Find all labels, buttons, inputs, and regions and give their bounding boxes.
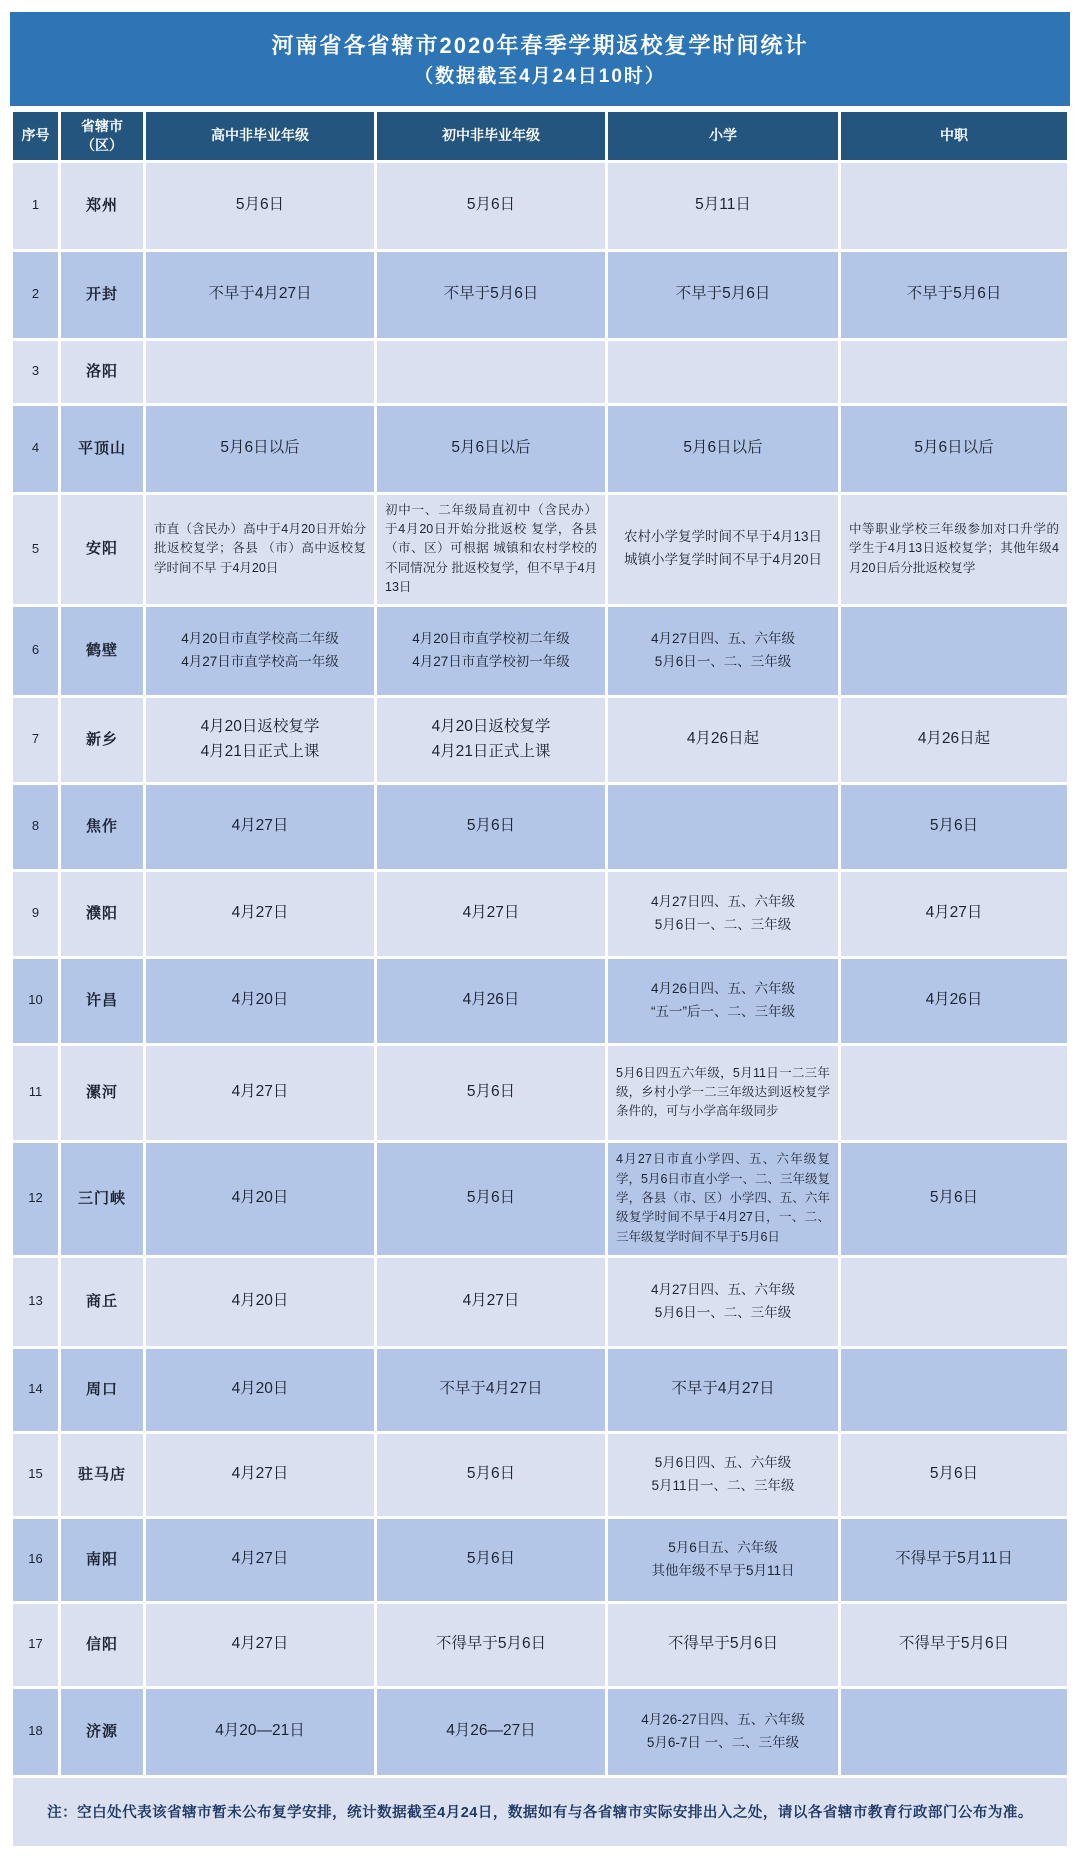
cell-highschool: 4月20日返校复学 4月21日正式上课 xyxy=(146,698,374,782)
cell-highschool: 4月20日市直学校高二年级 4月27日市直学校高一年级 xyxy=(146,607,374,695)
cell-index: 12 xyxy=(13,1143,58,1255)
table-row: 5安阳市直（含民办）高中于4月20日开始分批返校复学；各县 （市）高中返校复学时… xyxy=(13,495,1067,604)
table-title-bar: 河南省各省辖市2020年春季学期返校复学时间统计 （数据截至4月24日10时） xyxy=(10,12,1070,106)
cell-index: 5 xyxy=(13,495,58,604)
cell-index: 15 xyxy=(13,1434,58,1516)
cell-vocational xyxy=(841,163,1067,249)
cell-highschool: 4月27日 xyxy=(146,785,374,869)
cell-index: 11 xyxy=(13,1046,58,1140)
cell-vocational: 4月26日起 xyxy=(841,698,1067,782)
column-header-city: 省辖市 （区） xyxy=(61,112,143,160)
cell-vocational xyxy=(841,1689,1067,1775)
table-row: 7新乡4月20日返校复学 4月21日正式上课4月20日返校复学 4月21日正式上… xyxy=(13,698,1067,782)
table-row: 17信阳4月27日不得早于5月6日不得早于5月6日不得早于5月6日 xyxy=(13,1604,1067,1686)
cell-middleschool: 5月6日以后 xyxy=(377,406,605,492)
cell-city: 驻马店 xyxy=(61,1434,143,1516)
cell-middleschool: 5月6日 xyxy=(377,163,605,249)
table-row: 11漯河4月27日5月6日5月6日四五六年级，5月11日一二三年级，乡村小学一二… xyxy=(13,1046,1067,1140)
cell-city: 商丘 xyxy=(61,1258,143,1346)
cell-primaryschool: 不得早于5月6日 xyxy=(608,1604,838,1686)
cell-highschool: 5月6日以后 xyxy=(146,406,374,492)
cell-city: 周口 xyxy=(61,1349,143,1431)
cell-index: 17 xyxy=(13,1604,58,1686)
table-row: 14周口4月20日不早于4月27日不早于4月27日 xyxy=(13,1349,1067,1431)
cell-vocational: 5月6日 xyxy=(841,1434,1067,1516)
cell-primaryschool: 4月26日四、五、六年级 “五一”后一、二、三年级 xyxy=(608,959,838,1043)
cell-primaryschool: 5月6日四五六年级，5月11日一二三年级，乡村小学一二三年级达到返校复学条件的，… xyxy=(608,1046,838,1140)
table-row: 9濮阳4月27日4月27日4月27日四、五、六年级 5月6日一、二、三年级4月2… xyxy=(13,872,1067,956)
column-header-middleschool: 初中非毕业年级 xyxy=(377,112,605,160)
table-row: 18济源4月20—21日4月26—27日4月26-27日四、五、六年级 5月6-… xyxy=(13,1689,1067,1775)
cell-vocational xyxy=(841,1258,1067,1346)
cell-primaryschool: 5月6日以后 xyxy=(608,406,838,492)
table-body: 1郑州5月6日5月6日5月11日2开封不早于4月27日不早于5月6日不早于5月6… xyxy=(13,163,1067,1775)
table-row: 16南阳4月27日5月6日5月6日五、六年级 其他年级不早于5月11日不得早于5… xyxy=(13,1519,1067,1601)
cell-vocational xyxy=(841,341,1067,403)
cell-highschool: 市直（含民办）高中于4月20日开始分批返校复学；各县 （市）高中返校复学时间不早… xyxy=(146,495,374,604)
cell-middleschool: 4月26日 xyxy=(377,959,605,1043)
table-footer: 注：空白处代表该省辖市暂未公布复学安排，统计数据截至4月24日，数据如有与各省辖… xyxy=(13,1778,1067,1846)
cell-index: 6 xyxy=(13,607,58,695)
cell-vocational: 4月26日 xyxy=(841,959,1067,1043)
cell-primaryschool: 4月27日四、五、六年级 5月6日一、二、三年级 xyxy=(608,607,838,695)
cell-middleschool: 4月27日 xyxy=(377,1258,605,1346)
table-row: 4平顶山5月6日以后5月6日以后5月6日以后5月6日以后 xyxy=(13,406,1067,492)
cell-vocational xyxy=(841,607,1067,695)
cell-primaryschool: 4月27日市直小学四、五、六年级复学，5月6日市直小学一、二、三年级复学，各县（… xyxy=(608,1143,838,1255)
cell-index: 4 xyxy=(13,406,58,492)
cell-middleschool: 初中一、二年级局直初中（含民办）于4月20日开始分批返校 复学，各县（市、区）可… xyxy=(377,495,605,604)
table-row: 15驻马店4月27日5月6日5月6日四、五、六年级 5月11日一、二、三年级5月… xyxy=(13,1434,1067,1516)
cell-middleschool: 4月27日 xyxy=(377,872,605,956)
cell-highschool: 4月20—21日 xyxy=(146,1689,374,1775)
cell-highschool: 4月20日 xyxy=(146,1349,374,1431)
column-header-index: 序号 xyxy=(13,112,58,160)
cell-index: 8 xyxy=(13,785,58,869)
cell-primaryschool xyxy=(608,341,838,403)
table-row: 12三门峡4月20日5月6日4月27日市直小学四、五、六年级复学，5月6日市直小… xyxy=(13,1143,1067,1255)
cell-vocational: 中等职业学校三年级参加对口升学的学生于4月13日返校复学；其他年级4月20日后分… xyxy=(841,495,1067,604)
cell-highschool xyxy=(146,341,374,403)
cell-city: 三门峡 xyxy=(61,1143,143,1255)
footnote: 注：空白处代表该省辖市暂未公布复学安排，统计数据截至4月24日，数据如有与各省辖… xyxy=(13,1778,1067,1846)
cell-middleschool: 不早于4月27日 xyxy=(377,1349,605,1431)
cell-vocational: 5月6日 xyxy=(841,1143,1067,1255)
cell-vocational: 不早于5月6日 xyxy=(841,252,1067,338)
cell-city: 漯河 xyxy=(61,1046,143,1140)
cell-city: 许昌 xyxy=(61,959,143,1043)
cell-city: 鹤壁 xyxy=(61,607,143,695)
table-row: 10许昌4月20日4月26日4月26日四、五、六年级 “五一”后一、二、三年级4… xyxy=(13,959,1067,1043)
cell-middleschool: 4月20日市直学校初二年级 4月27日市直学校初一年级 xyxy=(377,607,605,695)
cell-primaryschool: 农村小学复学时间不早于4月13日 城镇小学复学时间不早于4月20日 xyxy=(608,495,838,604)
cell-vocational: 5月6日 xyxy=(841,785,1067,869)
cell-highschool: 4月20日 xyxy=(146,959,374,1043)
cell-primaryschool: 5月11日 xyxy=(608,163,838,249)
table-header: 序号 省辖市 （区） 高中非毕业年级 初中非毕业年级 小学 中职 xyxy=(13,112,1067,160)
cell-city: 济源 xyxy=(61,1689,143,1775)
cell-middleschool xyxy=(377,341,605,403)
return-to-school-statistics-page: 河南省各省辖市2020年春季学期返校复学时间统计 （数据截至4月24日10时） … xyxy=(0,0,1080,1859)
note-row: 注：空白处代表该省辖市暂未公布复学安排，统计数据截至4月24日，数据如有与各省辖… xyxy=(13,1778,1067,1846)
cell-highschool: 4月27日 xyxy=(146,1519,374,1601)
cell-index: 18 xyxy=(13,1689,58,1775)
page-subtitle: （数据截至4月24日10时） xyxy=(50,63,1030,92)
cell-middleschool: 不早于5月6日 xyxy=(377,252,605,338)
cell-index: 13 xyxy=(13,1258,58,1346)
cell-highschool: 4月20日 xyxy=(146,1143,374,1255)
cell-city: 安阳 xyxy=(61,495,143,604)
cell-index: 7 xyxy=(13,698,58,782)
cell-city: 郑州 xyxy=(61,163,143,249)
cell-middleschool: 不得早于5月6日 xyxy=(377,1604,605,1686)
cell-index: 10 xyxy=(13,959,58,1043)
cell-primaryschool: 5月6日四、五、六年级 5月11日一、二、三年级 xyxy=(608,1434,838,1516)
cell-middleschool: 5月6日 xyxy=(377,1046,605,1140)
cell-middleschool: 5月6日 xyxy=(377,1434,605,1516)
table-row: 6鹤壁4月20日市直学校高二年级 4月27日市直学校高一年级4月20日市直学校初… xyxy=(13,607,1067,695)
cell-index: 1 xyxy=(13,163,58,249)
cell-index: 14 xyxy=(13,1349,58,1431)
table-row: 3洛阳 xyxy=(13,341,1067,403)
cell-primaryschool: 4月26-27日四、五、六年级 5月6-7日 一、二、三年级 xyxy=(608,1689,838,1775)
table-row: 13商丘4月20日4月27日4月27日四、五、六年级 5月6日一、二、三年级 xyxy=(13,1258,1067,1346)
cell-highschool: 4月27日 xyxy=(146,1434,374,1516)
cell-index: 3 xyxy=(13,341,58,403)
cell-city: 新乡 xyxy=(61,698,143,782)
column-header-vocational: 中职 xyxy=(841,112,1067,160)
table-row: 1郑州5月6日5月6日5月11日 xyxy=(13,163,1067,249)
cell-middleschool: 5月6日 xyxy=(377,785,605,869)
cell-highschool: 5月6日 xyxy=(146,163,374,249)
cell-city: 焦作 xyxy=(61,785,143,869)
cell-highschool: 4月27日 xyxy=(146,1604,374,1686)
cell-index: 2 xyxy=(13,252,58,338)
cell-highschool: 4月27日 xyxy=(146,1046,374,1140)
table-row: 8焦作4月27日5月6日5月6日 xyxy=(13,785,1067,869)
cell-index: 9 xyxy=(13,872,58,956)
cell-vocational: 不得早于5月11日 xyxy=(841,1519,1067,1601)
column-header-highschool: 高中非毕业年级 xyxy=(146,112,374,160)
cell-middleschool: 5月6日 xyxy=(377,1143,605,1255)
cell-primaryschool: 不早于4月27日 xyxy=(608,1349,838,1431)
table-row: 2开封不早于4月27日不早于5月6日不早于5月6日不早于5月6日 xyxy=(13,252,1067,338)
cell-city: 洛阳 xyxy=(61,341,143,403)
cell-city: 开封 xyxy=(61,252,143,338)
cell-primaryschool: 5月6日五、六年级 其他年级不早于5月11日 xyxy=(608,1519,838,1601)
cell-vocational: 5月6日以后 xyxy=(841,406,1067,492)
cell-vocational: 不得早于5月6日 xyxy=(841,1604,1067,1686)
cell-index: 16 xyxy=(13,1519,58,1601)
cell-middleschool: 4月20日返校复学 4月21日正式上课 xyxy=(377,698,605,782)
cell-primaryschool xyxy=(608,785,838,869)
cell-primaryschool: 不早于5月6日 xyxy=(608,252,838,338)
cell-city: 信阳 xyxy=(61,1604,143,1686)
school-reopen-schedule-table: 序号 省辖市 （区） 高中非毕业年级 初中非毕业年级 小学 中职 1郑州5月6日… xyxy=(10,109,1070,1849)
cell-highschool: 4月20日 xyxy=(146,1258,374,1346)
cell-primaryschool: 4月27日四、五、六年级 5月6日一、二、三年级 xyxy=(608,1258,838,1346)
cell-middleschool: 4月26—27日 xyxy=(377,1689,605,1775)
page-title: 河南省各省辖市2020年春季学期返校复学时间统计 xyxy=(50,28,1030,63)
cell-middleschool: 5月6日 xyxy=(377,1519,605,1601)
cell-primaryschool: 4月27日四、五、六年级 5月6日一、二、三年级 xyxy=(608,872,838,956)
cell-vocational xyxy=(841,1349,1067,1431)
cell-city: 南阳 xyxy=(61,1519,143,1601)
column-header-primaryschool: 小学 xyxy=(608,112,838,160)
cell-highschool: 4月27日 xyxy=(146,872,374,956)
cell-city: 濮阳 xyxy=(61,872,143,956)
header-row: 序号 省辖市 （区） 高中非毕业年级 初中非毕业年级 小学 中职 xyxy=(13,112,1067,160)
cell-vocational xyxy=(841,1046,1067,1140)
cell-primaryschool: 4月26日起 xyxy=(608,698,838,782)
cell-vocational: 4月27日 xyxy=(841,872,1067,956)
cell-city: 平顶山 xyxy=(61,406,143,492)
cell-highschool: 不早于4月27日 xyxy=(146,252,374,338)
